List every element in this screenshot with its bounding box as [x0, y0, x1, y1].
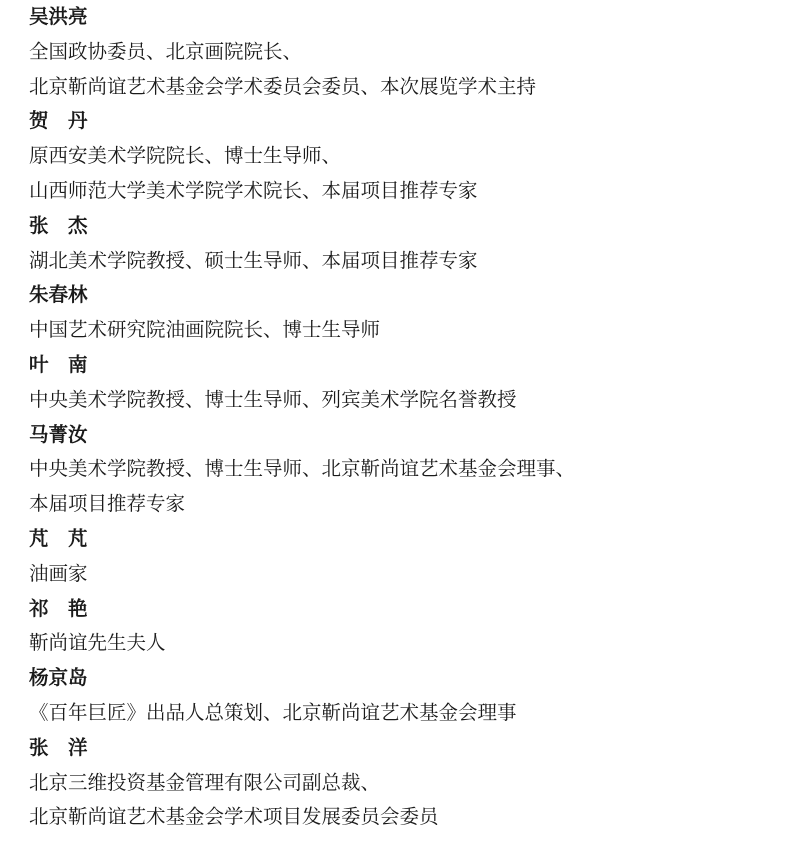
person-entry: 杨京岛 《百年巨匠》出品人总策划、北京靳尚谊艺术基金会理事	[29, 661, 789, 731]
person-name: 叶 南	[29, 348, 789, 383]
person-name: 朱春林	[29, 278, 789, 313]
person-title-line: 油画家	[29, 557, 789, 592]
person-title-line: 中央美术学院教授、博士生导师、列宾美术学院名誉教授	[29, 383, 789, 418]
person-title-line: 全国政协委员、北京画院院长、	[29, 35, 789, 70]
person-name: 马菁汝	[29, 418, 789, 453]
person-entry: 叶 南 中央美术学院教授、博士生导师、列宾美术学院名誉教授	[29, 348, 789, 418]
people-list: 吴洪亮 全国政协委员、北京画院院长、 北京靳尚谊艺术基金会学术委员会委员、本次展…	[29, 0, 789, 835]
person-entry: 张 洋 北京三维投资基金管理有限公司副总裁、 北京靳尚谊艺术基金会学术项目发展委…	[29, 731, 789, 835]
person-title-line: 湖北美术学院教授、硕士生导师、本届项目推荐专家	[29, 244, 789, 279]
person-title-line: 北京三维投资基金管理有限公司副总裁、	[29, 766, 789, 801]
person-entry: 芃 芃 油画家	[29, 522, 789, 592]
person-title-line: 中央美术学院教授、博士生导师、北京靳尚谊艺术基金会理事、	[29, 452, 789, 487]
person-title-line: 《百年巨匠》出品人总策划、北京靳尚谊艺术基金会理事	[29, 696, 789, 731]
person-entry: 马菁汝 中央美术学院教授、博士生导师、北京靳尚谊艺术基金会理事、 本届项目推荐专…	[29, 418, 789, 522]
person-name: 吴洪亮	[29, 0, 789, 35]
person-name: 张 洋	[29, 731, 789, 766]
person-title-line: 山西师范大学美术学院学术院长、本届项目推荐专家	[29, 174, 789, 209]
person-entry: 张 杰 湖北美术学院教授、硕士生导师、本届项目推荐专家	[29, 209, 789, 279]
person-title-line: 靳尚谊先生夫人	[29, 626, 789, 661]
person-name: 芃 芃	[29, 522, 789, 557]
person-entry: 祁 艳 靳尚谊先生夫人	[29, 592, 789, 662]
person-name: 祁 艳	[29, 592, 789, 627]
person-entry: 贺 丹 原西安美术学院院长、博士生导师、 山西师范大学美术学院学术院长、本届项目…	[29, 104, 789, 208]
person-entry: 朱春林 中国艺术研究院油画院院长、博士生导师	[29, 278, 789, 348]
person-title-line: 中国艺术研究院油画院院长、博士生导师	[29, 313, 789, 348]
person-name: 张 杰	[29, 209, 789, 244]
person-name: 贺 丹	[29, 104, 789, 139]
person-title-line: 北京靳尚谊艺术基金会学术委员会委员、本次展览学术主持	[29, 70, 789, 105]
person-name: 杨京岛	[29, 661, 789, 696]
person-title-line: 原西安美术学院院长、博士生导师、	[29, 139, 789, 174]
person-entry: 吴洪亮 全国政协委员、北京画院院长、 北京靳尚谊艺术基金会学术委员会委员、本次展…	[29, 0, 789, 104]
person-title-line: 本届项目推荐专家	[29, 487, 789, 522]
person-title-line: 北京靳尚谊艺术基金会学术项目发展委员会委员	[29, 800, 789, 835]
